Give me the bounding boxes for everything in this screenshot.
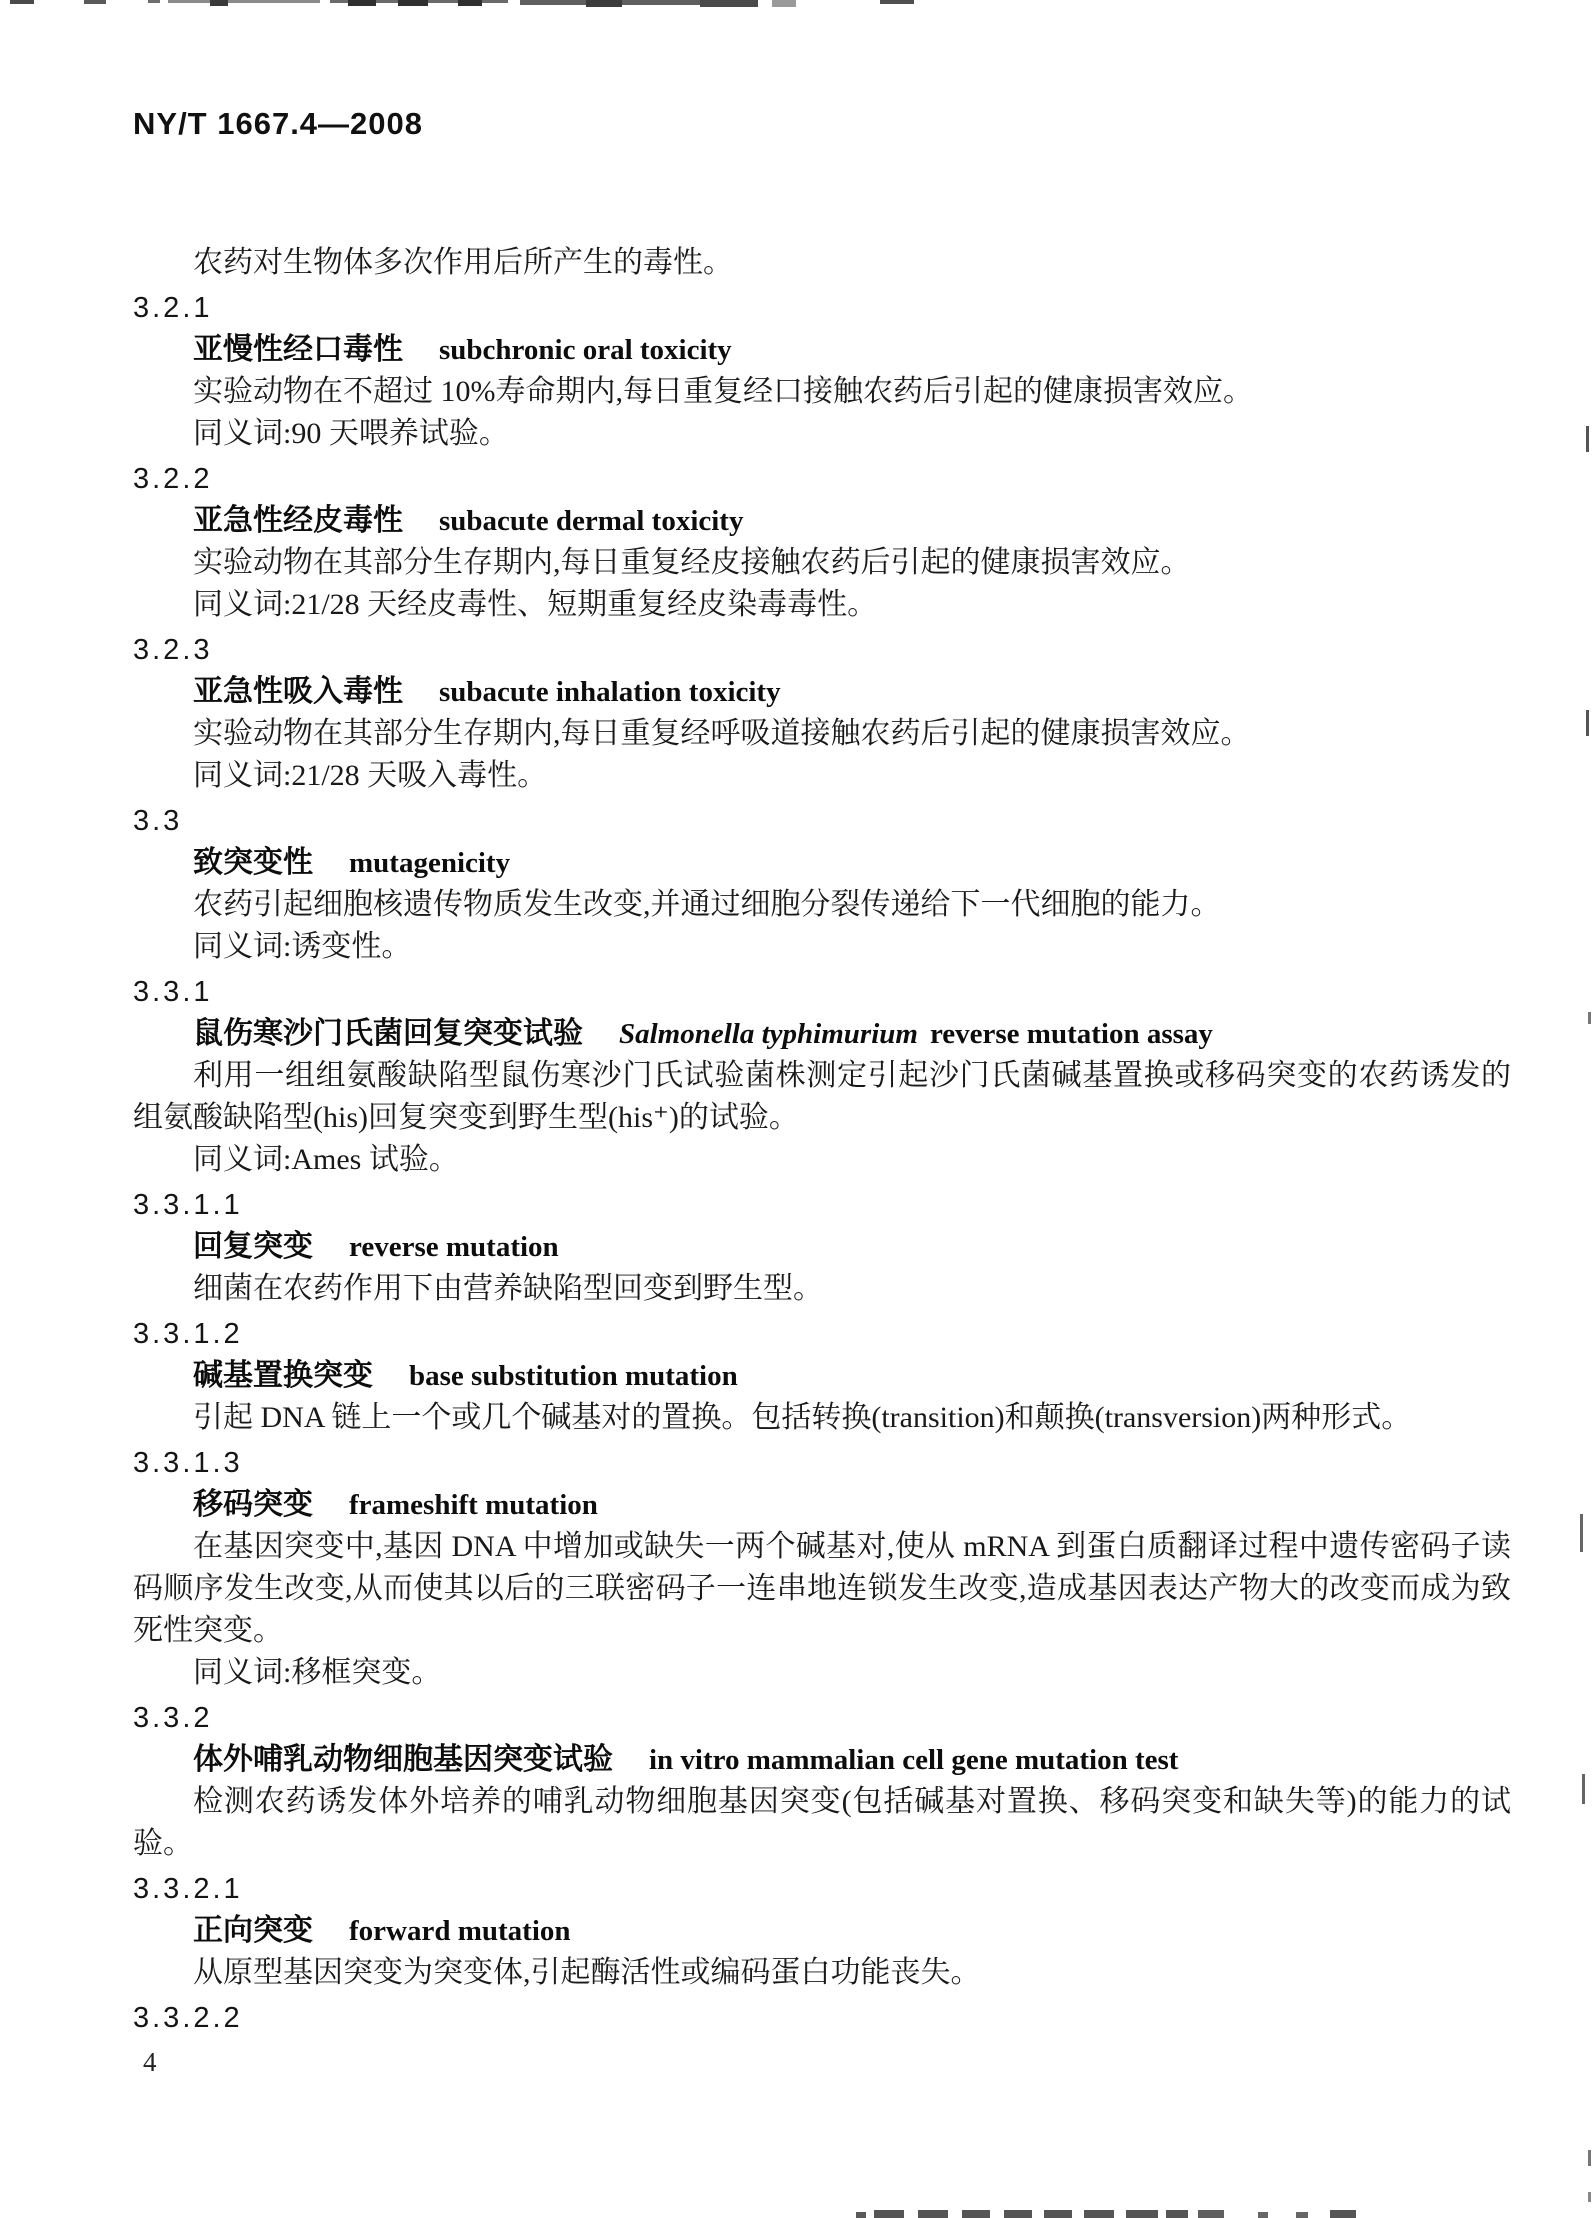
scan-artifact bbox=[1330, 2210, 1356, 2218]
scan-artifact bbox=[1580, 1514, 1583, 1552]
scan-artifact bbox=[458, 0, 482, 6]
term-chinese: 亚急性吸入毒性 bbox=[193, 675, 403, 708]
term-definition-heading: 亚急性吸入毒性subacute inhalation toxicity bbox=[133, 671, 1511, 713]
scan-artifact bbox=[1258, 2212, 1268, 2218]
term-chinese: 鼠伤寒沙门氏菌回复突变试验 bbox=[193, 1017, 583, 1050]
scan-artifact bbox=[1166, 2210, 1188, 2218]
scan-artifact bbox=[1198, 2210, 1224, 2218]
scan-artifact bbox=[168, 0, 320, 3]
scan-artifact bbox=[1586, 426, 1589, 452]
page-number: 4 bbox=[143, 2047, 1511, 2078]
term-definition-heading: 碱基置换突变base substitution mutation bbox=[133, 1355, 1511, 1397]
scan-artifact bbox=[772, 0, 796, 7]
term-chinese: 正向突变 bbox=[193, 1914, 313, 1947]
scan-artifact bbox=[918, 2210, 948, 2218]
section-number: 3.3.2.2 bbox=[133, 1997, 1511, 2039]
section-number: 3.3.1 bbox=[133, 971, 1511, 1013]
term-definition-heading: 鼠伤寒沙门氏菌回复突变试验Salmonella typhimuriumrever… bbox=[133, 1013, 1511, 1055]
term-english: forward mutation bbox=[349, 1915, 571, 1947]
scan-artifact bbox=[398, 0, 428, 6]
scan-artifact bbox=[856, 2212, 866, 2218]
term-definition-heading: 亚慢性经口毒性subchronic oral toxicity bbox=[133, 329, 1511, 371]
scan-artifact bbox=[1588, 2192, 1591, 2202]
scan-artifact bbox=[1084, 2210, 1114, 2218]
document-page: NY/T 1667.4—2008 农药对生物体多次作用后所产生的毒性。3.2.1… bbox=[133, 106, 1511, 2078]
scan-artifact bbox=[84, 0, 106, 4]
paragraph: 农药引起细胞核遗传物质发生改变,并通过细胞分裂传递给下一代细胞的能力。 bbox=[133, 884, 1511, 926]
paragraph: 同义词:21/28 天吸入毒性。 bbox=[133, 755, 1511, 797]
term-definition-heading: 致突变性mutagenicity bbox=[133, 842, 1511, 884]
section-number: 3.3.2 bbox=[133, 1697, 1511, 1739]
paragraph: 同义词:21/28 天经皮毒性、短期重复经皮染毒毒性。 bbox=[133, 584, 1511, 626]
scan-artifact bbox=[210, 0, 228, 6]
term-english: subacute dermal toxicity bbox=[439, 505, 743, 537]
scan-artifact bbox=[1126, 2210, 1158, 2218]
term-definition-heading: 亚急性经皮毒性subacute dermal toxicity bbox=[133, 500, 1511, 542]
section-number: 3.3.1.3 bbox=[133, 1442, 1511, 1484]
term-chinese: 碱基置换突变 bbox=[193, 1359, 373, 1392]
section-number: 3.3.2.1 bbox=[133, 1868, 1511, 1910]
paragraph: 利用一组组氨酸缺陷型鼠伤寒沙门氏试验菌株测定引起沙门氏菌碱基置换或移码突变的农药… bbox=[133, 1055, 1511, 1139]
scan-artifact bbox=[1044, 2210, 1072, 2218]
scan-artifact bbox=[348, 0, 376, 6]
term-english: frameshift mutation bbox=[349, 1489, 598, 1521]
section-number: 3.3.1.2 bbox=[133, 1313, 1511, 1355]
scan-artifact bbox=[962, 2210, 990, 2218]
scan-artifact bbox=[1588, 2150, 1591, 2166]
term-chinese: 回复突变 bbox=[193, 1230, 313, 1263]
term-chinese: 移码突变 bbox=[193, 1488, 313, 1521]
scanned-document-page: { "page": { "header": "NY/T 1667.4—2008"… bbox=[0, 0, 1592, 2218]
term-english: mutagenicity bbox=[349, 847, 510, 879]
term-definition-heading: 体外哺乳动物细胞基因突变试验in vitro mammalian cell ge… bbox=[133, 1739, 1511, 1781]
document-body: 农药对生物体多次作用后所产生的毒性。3.2.1亚慢性经口毒性subchronic… bbox=[133, 242, 1511, 2039]
term-english: subacute inhalation toxicity bbox=[439, 676, 781, 708]
scan-artifact bbox=[1588, 1012, 1591, 1024]
paragraph: 实验动物在其部分生存期内,每日重复经皮接触农药后引起的健康损害效应。 bbox=[133, 542, 1511, 584]
scan-artifact bbox=[1586, 710, 1589, 736]
scan-artifact bbox=[1582, 1774, 1585, 1804]
scan-artifact bbox=[586, 0, 622, 7]
term-chinese: 体外哺乳动物细胞基因突变试验 bbox=[193, 1743, 613, 1776]
paragraph: 细菌在农药作用下由营养缺陷型回变到野生型。 bbox=[133, 1268, 1511, 1310]
paragraph: 同义词:诱变性。 bbox=[133, 926, 1511, 968]
scan-artifact bbox=[1296, 2212, 1308, 2218]
term-english-latin-name: Salmonella typhimurium bbox=[619, 1018, 918, 1050]
section-number: 3.2.2 bbox=[133, 458, 1511, 500]
term-chinese: 致突变性 bbox=[193, 846, 313, 879]
scan-artifact bbox=[700, 0, 758, 7]
scan-artifact bbox=[880, 0, 914, 4]
section-number: 3.3 bbox=[133, 800, 1511, 842]
paragraph: 实验动物在其部分生存期内,每日重复经呼吸道接触农药后引起的健康损害效应。 bbox=[133, 713, 1511, 755]
standard-number-header: NY/T 1667.4—2008 bbox=[133, 106, 1511, 142]
term-chinese: 亚慢性经口毒性 bbox=[193, 333, 403, 366]
section-number: 3.2.1 bbox=[133, 287, 1511, 329]
term-definition-heading: 正向突变forward mutation bbox=[133, 1910, 1511, 1952]
scan-artifact bbox=[1004, 2210, 1032, 2218]
paragraph: 同义词:Ames 试验。 bbox=[133, 1139, 1511, 1181]
paragraph: 同义词:90 天喂养试验。 bbox=[133, 413, 1511, 455]
term-chinese: 亚急性经皮毒性 bbox=[193, 504, 403, 537]
scan-artifact bbox=[148, 0, 160, 3]
scan-artifact bbox=[874, 2210, 904, 2218]
term-definition-heading: 回复突变reverse mutation bbox=[133, 1226, 1511, 1268]
paragraph: 从原型基因突变为突变体,引起酶活性或编码蛋白功能丧失。 bbox=[133, 1952, 1511, 1994]
term-english: base substitution mutation bbox=[409, 1360, 738, 1392]
term-english: in vitro mammalian cell gene mutation te… bbox=[649, 1744, 1178, 1776]
term-english: reverse mutation bbox=[349, 1231, 559, 1263]
section-number: 3.2.3 bbox=[133, 629, 1511, 671]
paragraph: 同义词:移框突变。 bbox=[133, 1652, 1511, 1694]
section-number: 3.3.1.1 bbox=[133, 1184, 1511, 1226]
paragraph: 农药对生物体多次作用后所产生的毒性。 bbox=[133, 242, 1511, 284]
paragraph: 在基因突变中,基因 DNA 中增加或缺失一两个碱基对,使从 mRNA 到蛋白质翻… bbox=[133, 1526, 1511, 1652]
paragraph: 检测农药诱发体外培养的哺乳动物细胞基因突变(包括碱基对置换、移码突变和缺失等)的… bbox=[133, 1781, 1511, 1865]
scan-artifact bbox=[10, 0, 34, 4]
paragraph: 实验动物在不超过 10%寿命期内,每日重复经口接触农药后引起的健康损害效应。 bbox=[133, 371, 1511, 413]
term-definition-heading: 移码突变frameshift mutation bbox=[133, 1484, 1511, 1526]
term-english: subchronic oral toxicity bbox=[439, 334, 732, 366]
paragraph: 引起 DNA 链上一个或几个碱基对的置换。包括转换(transition)和颠换… bbox=[133, 1397, 1511, 1439]
term-english: reverse mutation assay bbox=[930, 1018, 1213, 1050]
